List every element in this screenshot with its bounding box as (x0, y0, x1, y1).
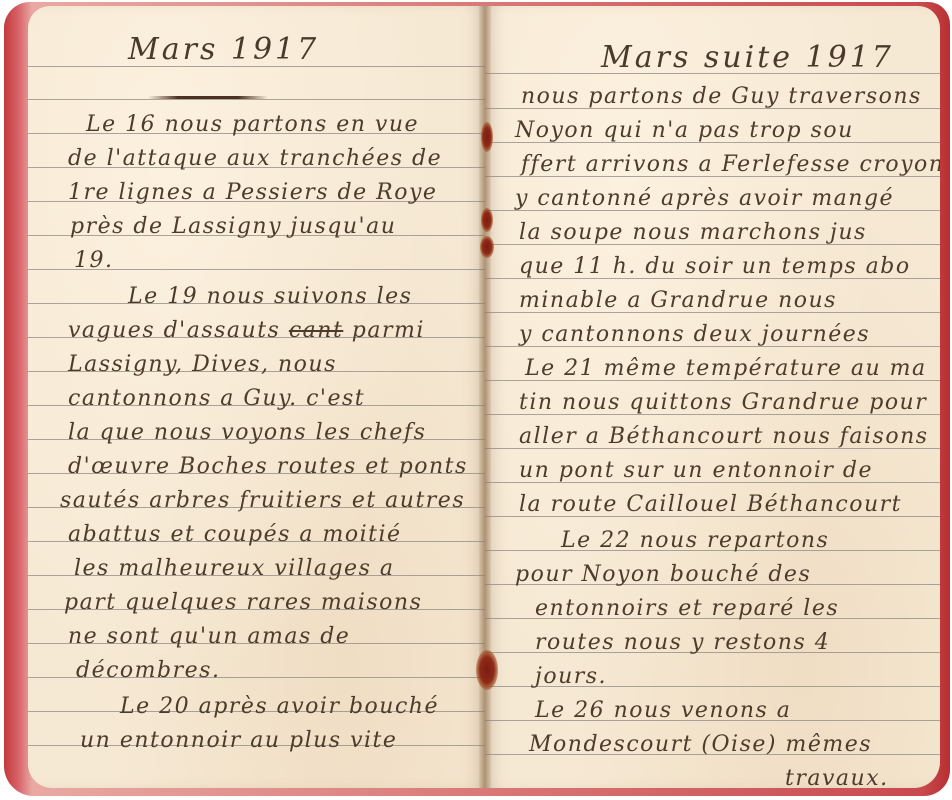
diary-line: de l'attaque aux tranchées de (68, 148, 442, 170)
diary-line: pour Noyon bouché des (515, 564, 811, 586)
heading-underline (148, 96, 268, 99)
diary-line: aller a Béthancourt nous faisons (519, 426, 929, 448)
diary-line: Lassigny, Dives, nous (68, 354, 337, 376)
diary-line: la soupe nous marchons jus (519, 222, 867, 244)
diary-line: y cantonné après avoir mangé (515, 188, 894, 210)
ink-stain (481, 208, 493, 232)
diary-line: nous partons de Guy traversons (521, 86, 922, 108)
diary-line: jours. (535, 666, 607, 688)
diary-line: Le 19 nous suivons les (128, 286, 412, 308)
diary-line: Le 21 même température au ma (525, 358, 927, 380)
right-page-heading: Mars suite 1917 (601, 40, 894, 75)
diary-line: abattus et coupés a moitié (68, 524, 402, 546)
diary-line: ffert arrivons a Ferlefesse croyons (521, 154, 940, 176)
diary-line: Le 16 nous partons en vue (86, 114, 419, 136)
diary-line-text: vagues d'assauts (68, 318, 280, 343)
diary-line: tin nous quittons Grandrue pour (519, 392, 927, 414)
diary-line: un pont sur un entonnoir de (519, 460, 873, 482)
ink-stain (481, 122, 493, 152)
inserted-word: parmi (352, 318, 425, 343)
diary-line: d'œuvre Boches routes et ponts (68, 456, 468, 478)
diary-line: cantonnons a Guy. c'est (68, 388, 365, 410)
diary-line: routes nous y restons 4 (535, 632, 830, 654)
diary-line: entonnoirs et reparé les (535, 598, 839, 620)
diary-line: vagues d'assauts cant parmi (68, 320, 425, 342)
ink-stain (476, 650, 498, 690)
diary-line: part quelques rares maisons (64, 592, 422, 614)
diary-line: 1re lignes a Pessiers de Roye (68, 182, 437, 204)
diary-line: Mondescourt (Oise) mêmes (529, 734, 872, 756)
diary-line: décombres. (76, 660, 220, 682)
ink-stain (480, 236, 494, 258)
diary-line: ne sont qu'un amas de (68, 626, 350, 648)
diary-line: que 11 h. du soir un temps abo (519, 256, 911, 278)
diary-line: Le 20 après avoir bouché (120, 696, 439, 718)
diary-line: la que nous voyons les chefs (68, 422, 426, 444)
diary-line: Noyon qui n'a pas trop sou (515, 120, 854, 142)
notebook-spread: Mars 1917 Le 16 nous partons en vue de l… (0, 0, 952, 800)
diary-line: y cantonnons deux journées (519, 324, 870, 346)
diary-line: sautés arbres fruitiers et autres (60, 490, 465, 512)
diary-line: les malheureux villages a (74, 558, 394, 580)
left-page: Mars 1917 Le 16 nous partons en vue de l… (28, 6, 485, 788)
diary-line: la route Caillouel Béthancourt (519, 494, 902, 516)
diary-line: un entonnoir au plus vite (80, 730, 397, 752)
diary-line: Le 26 nous venons a (535, 700, 791, 722)
diary-line: 19. (74, 250, 114, 272)
struck-word: cant (289, 318, 343, 343)
diary-line: Le 22 nous repartons (561, 530, 829, 552)
diary-line: près de Lassigny jusqu'au (70, 216, 396, 238)
left-page-heading: Mars 1917 (128, 32, 319, 67)
diary-line: minable a Grandrue nous (519, 290, 837, 312)
right-page: Mars suite 1917 nous partons de Guy trav… (485, 6, 940, 788)
diary-line: travaux. (785, 768, 889, 788)
